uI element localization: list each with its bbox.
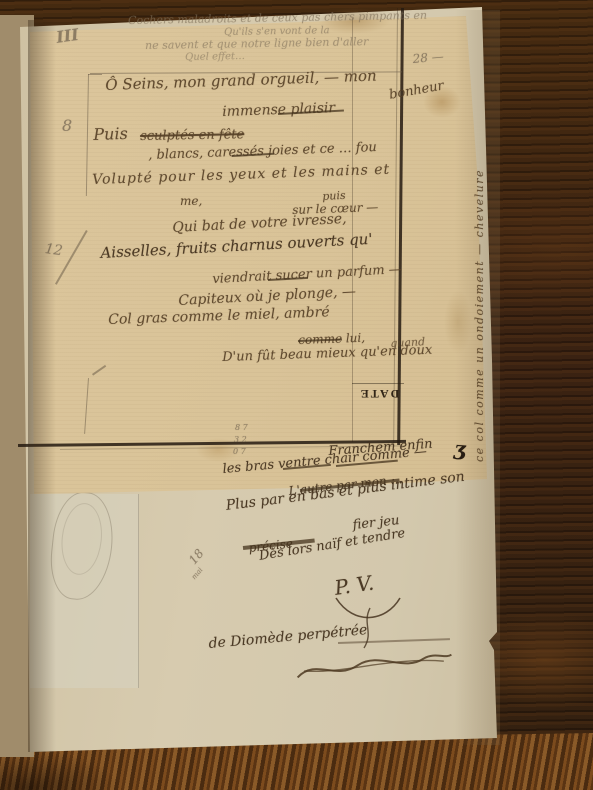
section-numeral: III <box>55 25 80 47</box>
date-cell-rule <box>352 383 404 384</box>
stanza-number-12: 12 <box>44 241 64 259</box>
poem-line: Puis <box>93 124 128 144</box>
manuscript-photo: DATE III Cochers maladroits et de ceux p… <box>0 0 593 790</box>
tiny-number-stack: 8 7 <box>235 423 248 432</box>
printed-date-label-upside-down: DATE <box>354 386 404 401</box>
poem-line: me, <box>180 194 202 208</box>
vertical-margin-note: ce col comme un ondoiement — chevelure <box>473 169 486 462</box>
top-annotation-line: Quel effet… <box>185 51 245 63</box>
stanza-number-8: 8 <box>62 116 72 135</box>
page-number: 28 — <box>412 49 444 66</box>
ink-blot: ʒ <box>453 436 466 461</box>
tiny-number-stack: 0 7 <box>233 447 246 456</box>
poem-line-struck: sculptés en fête <box>140 127 244 144</box>
tiny-number-stack: 3 2 <box>234 435 247 444</box>
faint-pencil-sketch-inner <box>58 501 105 577</box>
pencil-bracket-hook <box>88 74 102 75</box>
